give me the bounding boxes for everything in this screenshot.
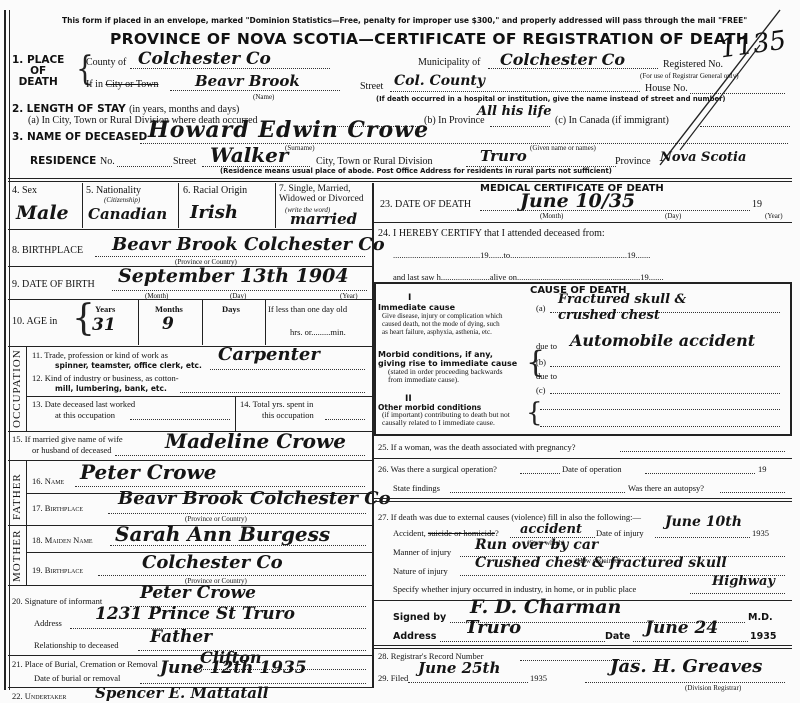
date-of-death-label: 23. DATE OF DEATH (380, 199, 471, 210)
q25-pregnancy: 25. If a woman, was the death associated… (378, 442, 576, 452)
last-worked-sub: at this occupation (55, 410, 115, 420)
days-label: Days (222, 304, 240, 314)
burial-date-label: Date of burial or removal (34, 673, 120, 683)
mother-birthplace: Colchester Co (142, 552, 283, 573)
attended-from-to: ........................................… (393, 250, 650, 260)
municipality-value: Colchester Co (500, 50, 625, 69)
months-value: 9 (162, 314, 174, 334)
informant-sig-label: 20. Signature of informant (12, 596, 102, 606)
father-side-label: FATHER (11, 473, 23, 520)
filed-date: June 25th (418, 659, 500, 677)
years-value: 31 (92, 315, 116, 335)
sig-address-label: Address (393, 631, 436, 642)
birthplace-label: 8. BIRTHPLACE (12, 245, 83, 256)
informant-address: 1231 Prince St Truro (95, 604, 295, 624)
name-of-deceased-label: 3. NAME OF DECEASED (12, 131, 147, 143)
dod-year-prefix: 19 (752, 199, 762, 210)
trade-label: 11. Trade, profession or kind of work as (32, 350, 168, 360)
father-birthplace-label: 17. Birthplace (32, 503, 83, 513)
immediate-cause-label: Immediate cause (378, 303, 455, 312)
morbid-conditions-note: (stated in order proceeding backwards fr… (388, 368, 508, 384)
injury-location-value: Highway (712, 574, 775, 589)
dod-day-caption: (Day) (665, 212, 681, 220)
morbid-conditions-label: Morbid conditions, if any, giving rise t… (378, 350, 518, 368)
given-caption: (Given name or names) (530, 144, 596, 152)
signed-by-label: Signed by (393, 612, 446, 623)
racial-origin-value: Irish (190, 202, 238, 223)
street-value: Col. County (394, 73, 485, 89)
residence-province-label: Province (615, 156, 651, 167)
registrar-note: (For use of Registrar General only) (640, 72, 739, 80)
undertaker-label: 22. Undertaker (12, 691, 66, 701)
racial-origin-label: 6. Racial Origin (183, 185, 247, 196)
nationality-label: 5. Nationality (86, 185, 141, 196)
house-label: House No. (645, 83, 688, 94)
industry-sub: mill, lumbering, bank, etc. (55, 384, 167, 393)
occupation-side-label: OCCUPATION (11, 349, 23, 428)
spouse-label: 15. If married give name of wife (12, 434, 123, 444)
spouse-name: Madeline Crowe (165, 429, 346, 453)
division-registrar-signature: Jas. H. Greaves (610, 656, 762, 677)
dod-year-caption: (Year) (765, 212, 783, 220)
injury-date-label: Date of injury (596, 528, 644, 538)
external-causes-label: 27. If death was due to external causes … (378, 512, 641, 522)
residence-city-label: City, Town or Rural Division (316, 156, 433, 167)
less-than-day-label: If less than one day old (268, 304, 347, 314)
physician-signature: F. D. Charman (470, 596, 621, 618)
mother-maiden-name: Sarah Ann Burgess (115, 522, 330, 546)
name-caption: (Name) (253, 93, 274, 101)
injury-year: 1935 (752, 528, 769, 538)
county-label: County of (86, 57, 126, 68)
sig-year: 1935 (750, 631, 776, 642)
relationship-value: Father (150, 627, 212, 647)
last-worked-label: 13. Date deceased last worked (32, 399, 135, 409)
filed-year: 1935 (530, 673, 547, 683)
residence-label: RESIDENCE (30, 155, 96, 167)
dob-label: 9. DATE OF BIRTH (12, 279, 95, 290)
surname-caption: (Surname) (285, 144, 315, 152)
residence-note: (Residence means usual place of abode. P… (220, 167, 612, 175)
mother-maiden-label: 18. Maiden Name (32, 535, 93, 545)
age-label: 10. AGE in (12, 316, 57, 327)
cause-a-value: Fractured skull & crushed chest (558, 292, 718, 324)
filed-label: 29. Filed (378, 673, 408, 683)
length-of-stay-label: 2. LENGTH OF STAY (in years, months and … (12, 103, 239, 115)
stay-c-label: (c) In Canada (if immigrant) (555, 115, 669, 126)
cause-b-value: Automobile accident (570, 331, 755, 350)
years-label: Years (95, 304, 115, 314)
deceased-name: Howard Edwin Crowe (148, 117, 429, 143)
mother-birthplace-label: 19. Birthplace (32, 565, 83, 575)
stay-b-value: All his life (477, 104, 551, 119)
residence-street: Walker (210, 143, 288, 167)
manner-label: Manner of injury (393, 547, 451, 557)
stay-b-label: (b) In Province (424, 115, 485, 126)
residence-province: Nova Scotia (660, 150, 746, 165)
residence-no-label: No. (100, 156, 115, 167)
registered-no-label: Registered No. (663, 59, 723, 70)
nationality-sub: (Citizenship) (104, 196, 140, 204)
father-birthplace: Beavr Brook Colchester Co (118, 488, 391, 509)
sig-date-label: Date (605, 631, 630, 642)
residence-city: Truro (480, 147, 527, 165)
municipality-label: Municipality of (418, 57, 481, 68)
burial-date: June 12th 1935 (160, 658, 307, 678)
dod-month-caption: (Month) (540, 212, 563, 220)
left-border (4, 10, 10, 690)
sex-label: 4. Sex (12, 185, 37, 196)
burial-place-label: 21. Place of Burial, Cremation or Remova… (12, 659, 158, 669)
accident-value: accident (520, 522, 582, 537)
other-morbid-note: (if important) contributing to death but… (382, 411, 517, 427)
division-registrar-caption: (Division Registrar) (685, 684, 741, 692)
injury-location-label: Specify whether injury occurred in indus… (393, 584, 636, 594)
informant-address-label: Address (34, 618, 62, 628)
father-name-label: 16. Name (32, 476, 64, 486)
months-label: Months (155, 304, 183, 314)
last-saw-alive: and last saw h.......................ali… (393, 272, 664, 282)
city-value: Beavr Brook (195, 72, 300, 90)
death-certificate: This form if placed in an envelope, mark… (0, 0, 800, 703)
marital-label: 7. Single, Married, Widowed or Divorced (279, 184, 371, 204)
undertaker-name: Spencer E. Mattatall (95, 684, 268, 702)
mother-side-label: MOTHER (11, 530, 23, 582)
date-of-death-value: June 10/35 (520, 190, 635, 212)
nationality-value: Canadian (88, 205, 167, 223)
immediate-cause-note: Give disease, injury or complication whi… (382, 312, 507, 336)
place-of-death-label: 1. PLACE OF DEATH (12, 55, 64, 88)
state-findings-label: State findings (393, 483, 440, 493)
manner-value: Run over by car (475, 537, 598, 553)
q26-operation-date-label: Date of operation (562, 464, 621, 474)
trade-value: Carpenter (218, 344, 320, 365)
certify-label: 24. I HEREBY CERTIFY that I attended dec… (378, 228, 605, 239)
industry-label: 12. Kind of industry or business, as cot… (32, 373, 179, 383)
residence-street-label: Street (173, 156, 196, 167)
trade-sub: spinner, teamster, office clerk, etc. (55, 361, 202, 370)
marital-value: married (290, 210, 357, 228)
hrs-min-label: hrs. or.........min. (290, 327, 346, 337)
sig-date: June 24 (645, 618, 718, 638)
informant-signature: Peter Crowe (140, 583, 256, 603)
md-label: M.D. (748, 612, 773, 623)
autopsy-label: Was there an autopsy? (628, 483, 704, 493)
sex-value: Male (16, 202, 69, 224)
street-label: Street (360, 81, 383, 92)
relationship-label: Relationship to deceased (34, 640, 119, 650)
father-name: Peter Crowe (80, 460, 216, 484)
birthplace-value: Beavr Brook Colchester Co (112, 234, 385, 255)
hospital-note: (If death occurred in a hospital or inst… (376, 95, 726, 103)
city-label: If in City or Town (86, 79, 158, 90)
sig-address: Truro (465, 617, 521, 638)
total-years-sub: this occupation (262, 410, 314, 420)
spouse-label-sub: or husband of deceased (32, 445, 112, 455)
injury-date: June 10th (665, 514, 742, 530)
q26-surgical-operation: 26. Was there a surgical operation? (378, 464, 497, 474)
nature-value: Crushed chest & fractured skull (475, 555, 727, 571)
dob-value: September 13th 1904 (118, 265, 349, 287)
nature-label: Nature of injury (393, 566, 448, 576)
total-years-label: 14. Total yrs. spent in (240, 399, 313, 409)
county-value: Colchester Co (138, 49, 271, 69)
